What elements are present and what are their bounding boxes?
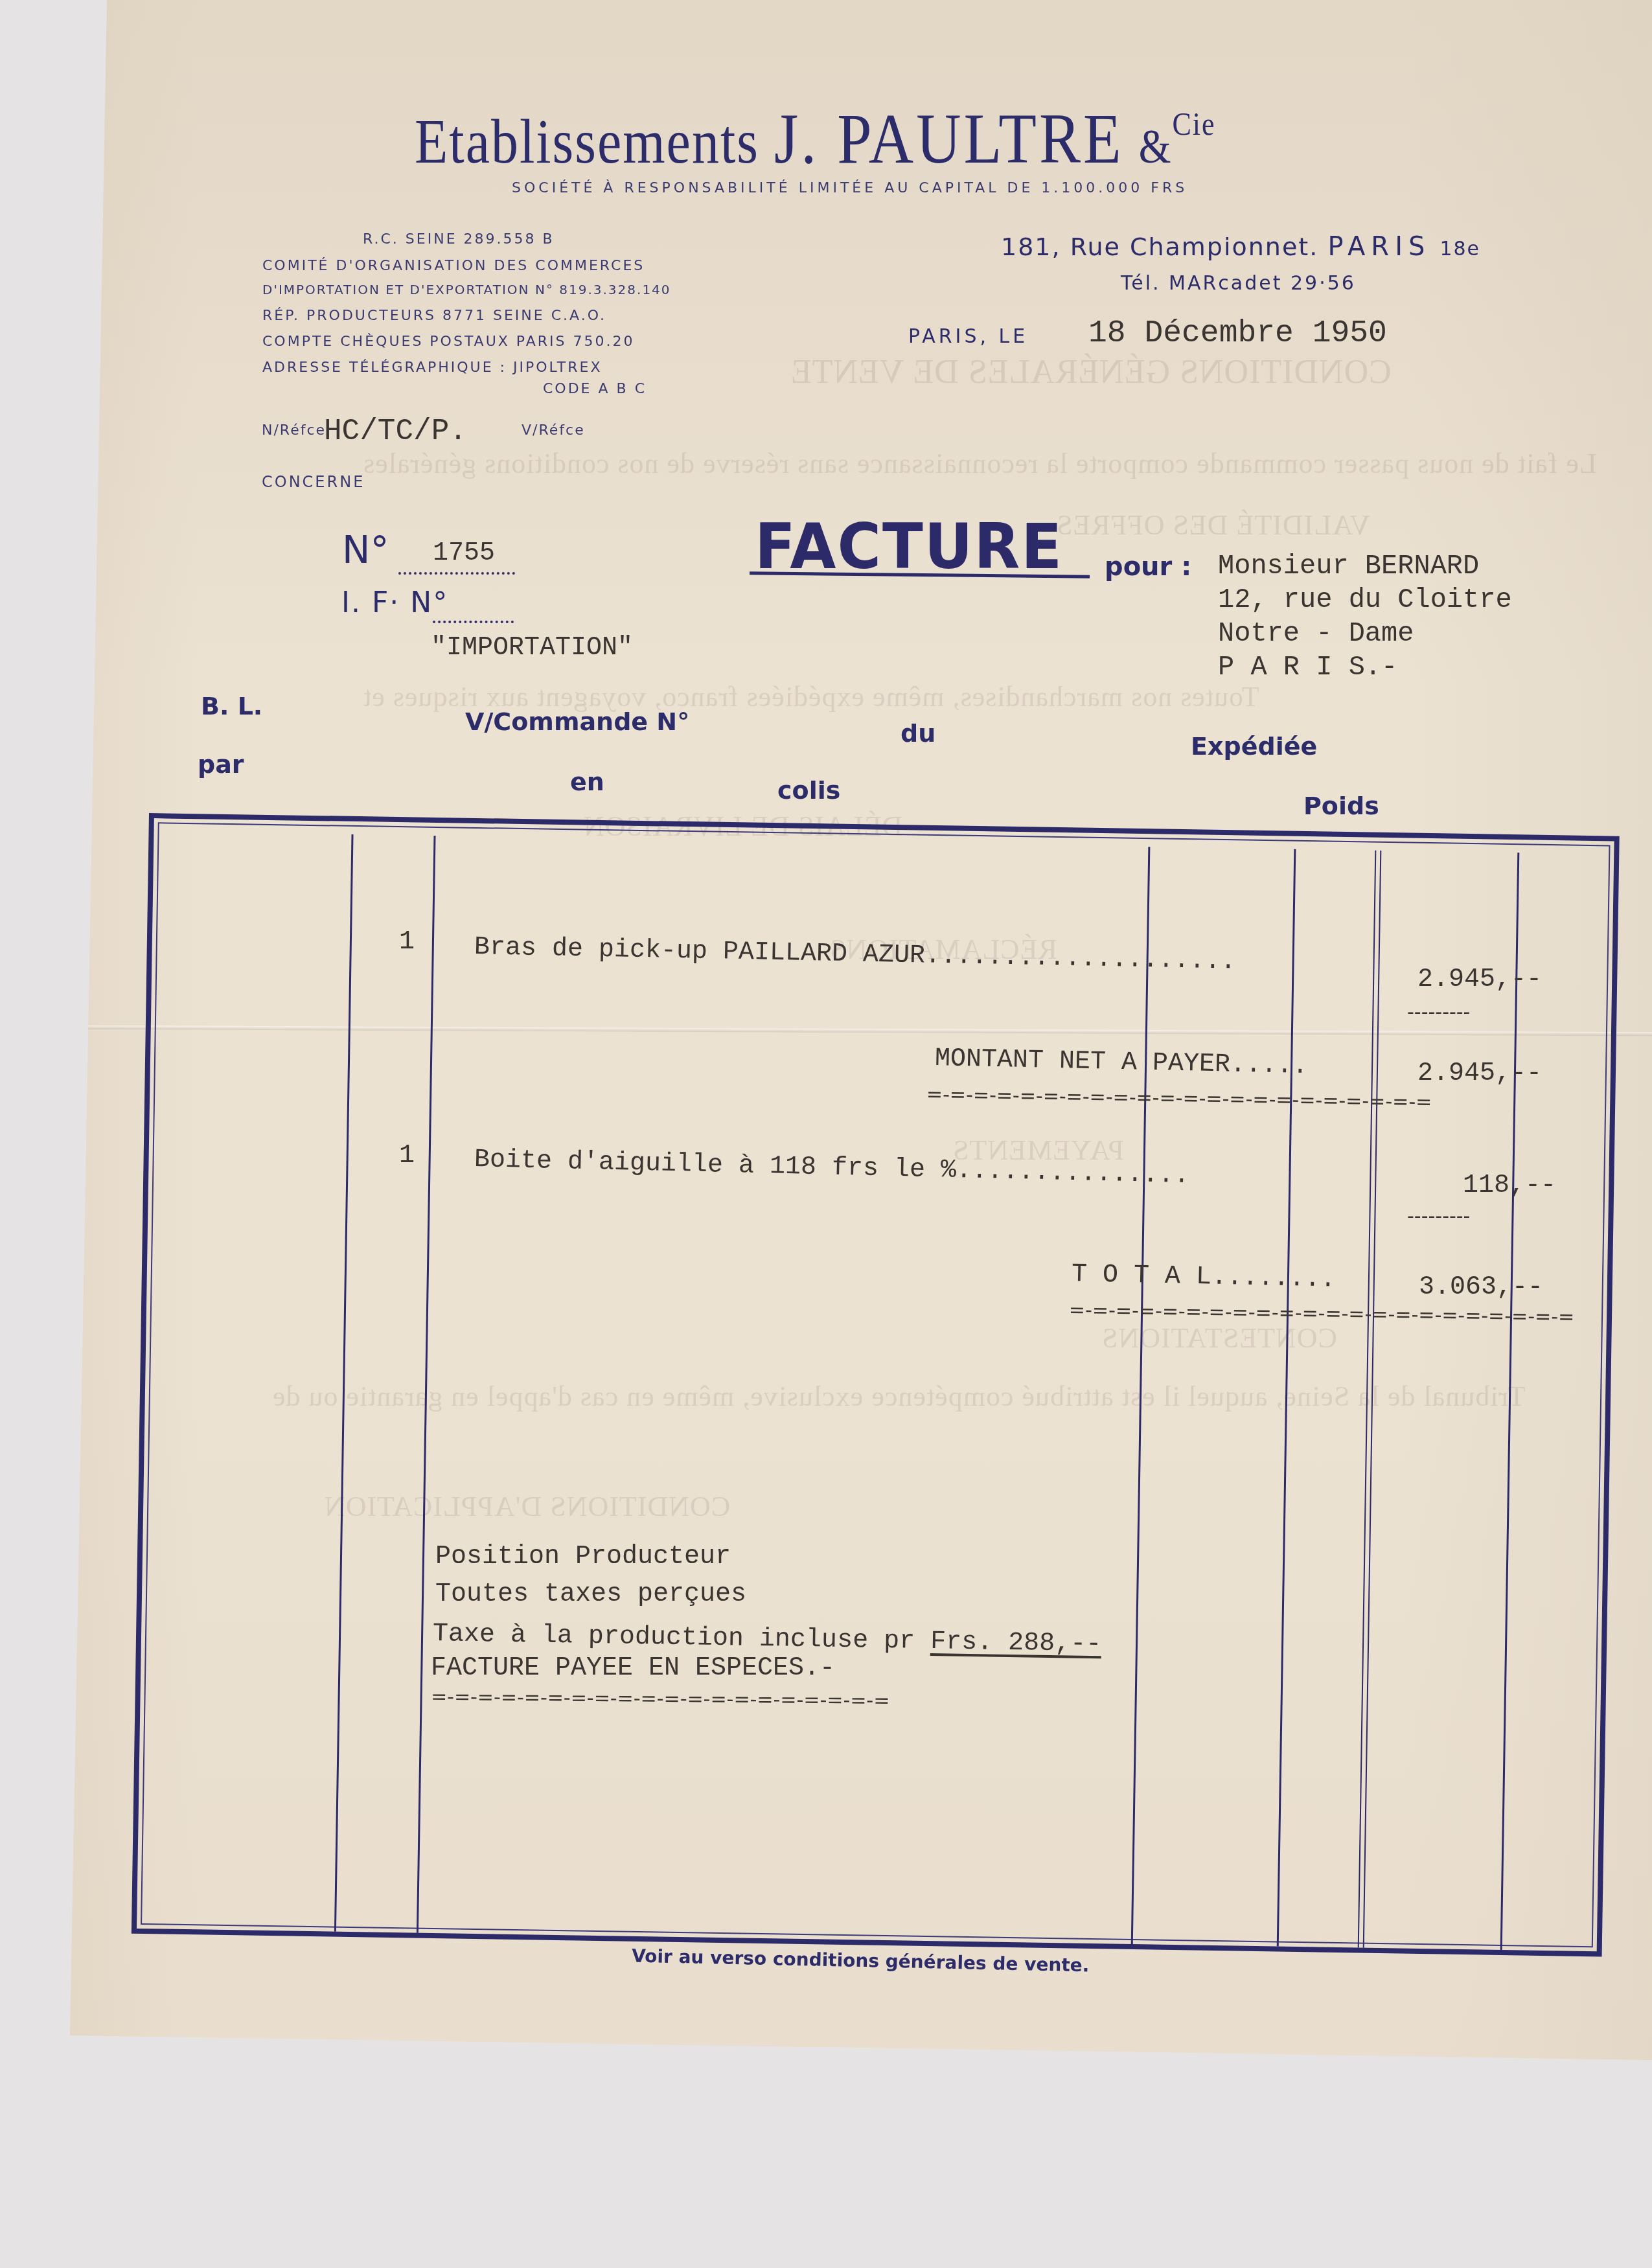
registration-line: R.C. SEINE 289.558 B bbox=[363, 231, 555, 247]
invoice-paper: CONDITIONS GÉNÉRALES DE VENTE Le fait de… bbox=[0, 0, 1652, 2268]
leader-dots: ..... bbox=[1230, 1051, 1309, 1082]
registration-line: COMITÉ D'ORGANISATION DES COMMERCES bbox=[262, 258, 645, 274]
client-address: Monsieur BERNARD 12, rue du Cloitre Notr… bbox=[1218, 549, 1512, 684]
net-amount: 2.945,-- bbox=[1417, 1059, 1542, 1088]
total-label: T O T A L........ bbox=[1072, 1260, 1337, 1295]
invoice-table-inner-border bbox=[141, 822, 1610, 1947]
registration-line: D'IMPORTATION ET D'EXPORTATION N° 819.3.… bbox=[262, 282, 671, 297]
en-label: en bbox=[570, 768, 604, 796]
registration-line: ADRESSE TÉLÉGRAPHIQUE : JIPOLTREX bbox=[262, 360, 602, 376]
invoice-type-note: "IMPORTATION" bbox=[431, 634, 633, 663]
order-number-label: V/Commande N° bbox=[465, 707, 689, 736]
address-arrondissement: 18e bbox=[1440, 238, 1480, 260]
invoice-number-dotline bbox=[398, 572, 515, 575]
total-amount: 3.063,-- bbox=[1419, 1273, 1543, 1302]
our-ref-label: N/Réfce bbox=[262, 422, 326, 439]
client-name: Monsieur BERNARD bbox=[1218, 549, 1512, 583]
your-ref-label: V/Réfce bbox=[522, 422, 585, 439]
line-item-amount: 2.945,-- bbox=[1417, 965, 1542, 994]
net-amount-label-text: MONTANT NET A PAYER bbox=[935, 1044, 1231, 1080]
for-label: pour : bbox=[1105, 552, 1191, 582]
company-suffix-sup: Cie bbox=[1172, 106, 1215, 142]
line-item-qty: 1 bbox=[399, 1141, 415, 1171]
du-label: du bbox=[901, 719, 935, 748]
single-rule: --------- bbox=[1407, 1205, 1470, 1228]
reverse-show-through: VALIDITÉ DES OFFRES bbox=[1056, 509, 1370, 542]
poids-label: Poids bbox=[1303, 792, 1379, 820]
company-prefix: Etablissements bbox=[415, 108, 759, 177]
bl-label: B. L. bbox=[201, 692, 262, 720]
paid-cash-note: FACTURE PAYEE EN ESPECES.- bbox=[431, 1654, 835, 1683]
colis-label: colis bbox=[777, 776, 840, 805]
line-item-qty: 1 bbox=[399, 928, 415, 957]
company-suffix: & bbox=[1139, 120, 1173, 174]
par-label: par bbox=[198, 750, 244, 779]
leader-dots: ............... bbox=[956, 1156, 1189, 1191]
registration-line: RÉP. PRODUCTEURS 8771 SEINE C.A.O. bbox=[262, 308, 606, 324]
client-district: Notre - Dame bbox=[1218, 617, 1512, 650]
invoice-date: 18 Décembre 1950 bbox=[1088, 316, 1387, 351]
single-rule: --------- bbox=[1407, 1001, 1470, 1024]
registration-line: COMPTE CHÈQUES POSTAUX PARIS 750.20 bbox=[262, 334, 634, 350]
invoice-table bbox=[132, 813, 1620, 1956]
if-number-label: I. F· N° bbox=[341, 586, 448, 619]
legal-form: SOCIÉTÉ À RESPONSABILITÉ LIMITÉE AU CAPI… bbox=[512, 180, 1187, 196]
company-name-main: J. PAULTRE bbox=[774, 98, 1124, 178]
leader-dots: .................... bbox=[925, 941, 1237, 976]
invoice-number: 1755 bbox=[433, 539, 495, 568]
company-name: Etablissements J. PAULTRE &Cie bbox=[415, 97, 1216, 180]
notes-double-rule: =-=-=-=-=-=-=-=-=-=-=-=-=-=-=-=-=-=-=-= bbox=[431, 1686, 890, 1712]
expediee-label: Expédiée bbox=[1191, 732, 1317, 761]
company-telephone: Tél. MARcadet 29·56 bbox=[1121, 272, 1356, 295]
company-address: 181, Rue Championnet. PARIS 18e bbox=[1001, 232, 1480, 262]
line-item-amount: 118,-- bbox=[1463, 1171, 1556, 1200]
date-label: PARIS, LE bbox=[908, 325, 1028, 348]
note-line: Position Producteur bbox=[435, 1539, 746, 1576]
notes-block: Position Producteur Toutes taxes perçues bbox=[435, 1539, 746, 1614]
if-number-dotline bbox=[433, 621, 514, 623]
leader-dots: ........ bbox=[1211, 1263, 1337, 1295]
invoice-number-label: N° bbox=[342, 528, 389, 572]
client-city: P A R I S.- bbox=[1218, 650, 1512, 684]
concerne-label: CONCERNE bbox=[262, 473, 365, 491]
client-street: 12, rue du Cloitre bbox=[1218, 583, 1512, 617]
reverse-show-through: CONDITIONS GÉNÉRALES DE VENTE bbox=[790, 353, 1392, 391]
address-street: 181, Rue Championnet. bbox=[1001, 233, 1318, 261]
note-line: Toutes taxes perçues bbox=[435, 1576, 746, 1614]
tax-amount: Frs. 288,-- bbox=[930, 1627, 1102, 1659]
our-ref-value: HC/TC/P. bbox=[324, 415, 467, 448]
reverse-show-through: Le fait de nous passer commande comporte… bbox=[363, 447, 1597, 480]
address-city: PARIS bbox=[1327, 232, 1430, 262]
registration-line: CODE A B C bbox=[543, 381, 647, 397]
total-label-text: T O T A L bbox=[1072, 1260, 1212, 1292]
